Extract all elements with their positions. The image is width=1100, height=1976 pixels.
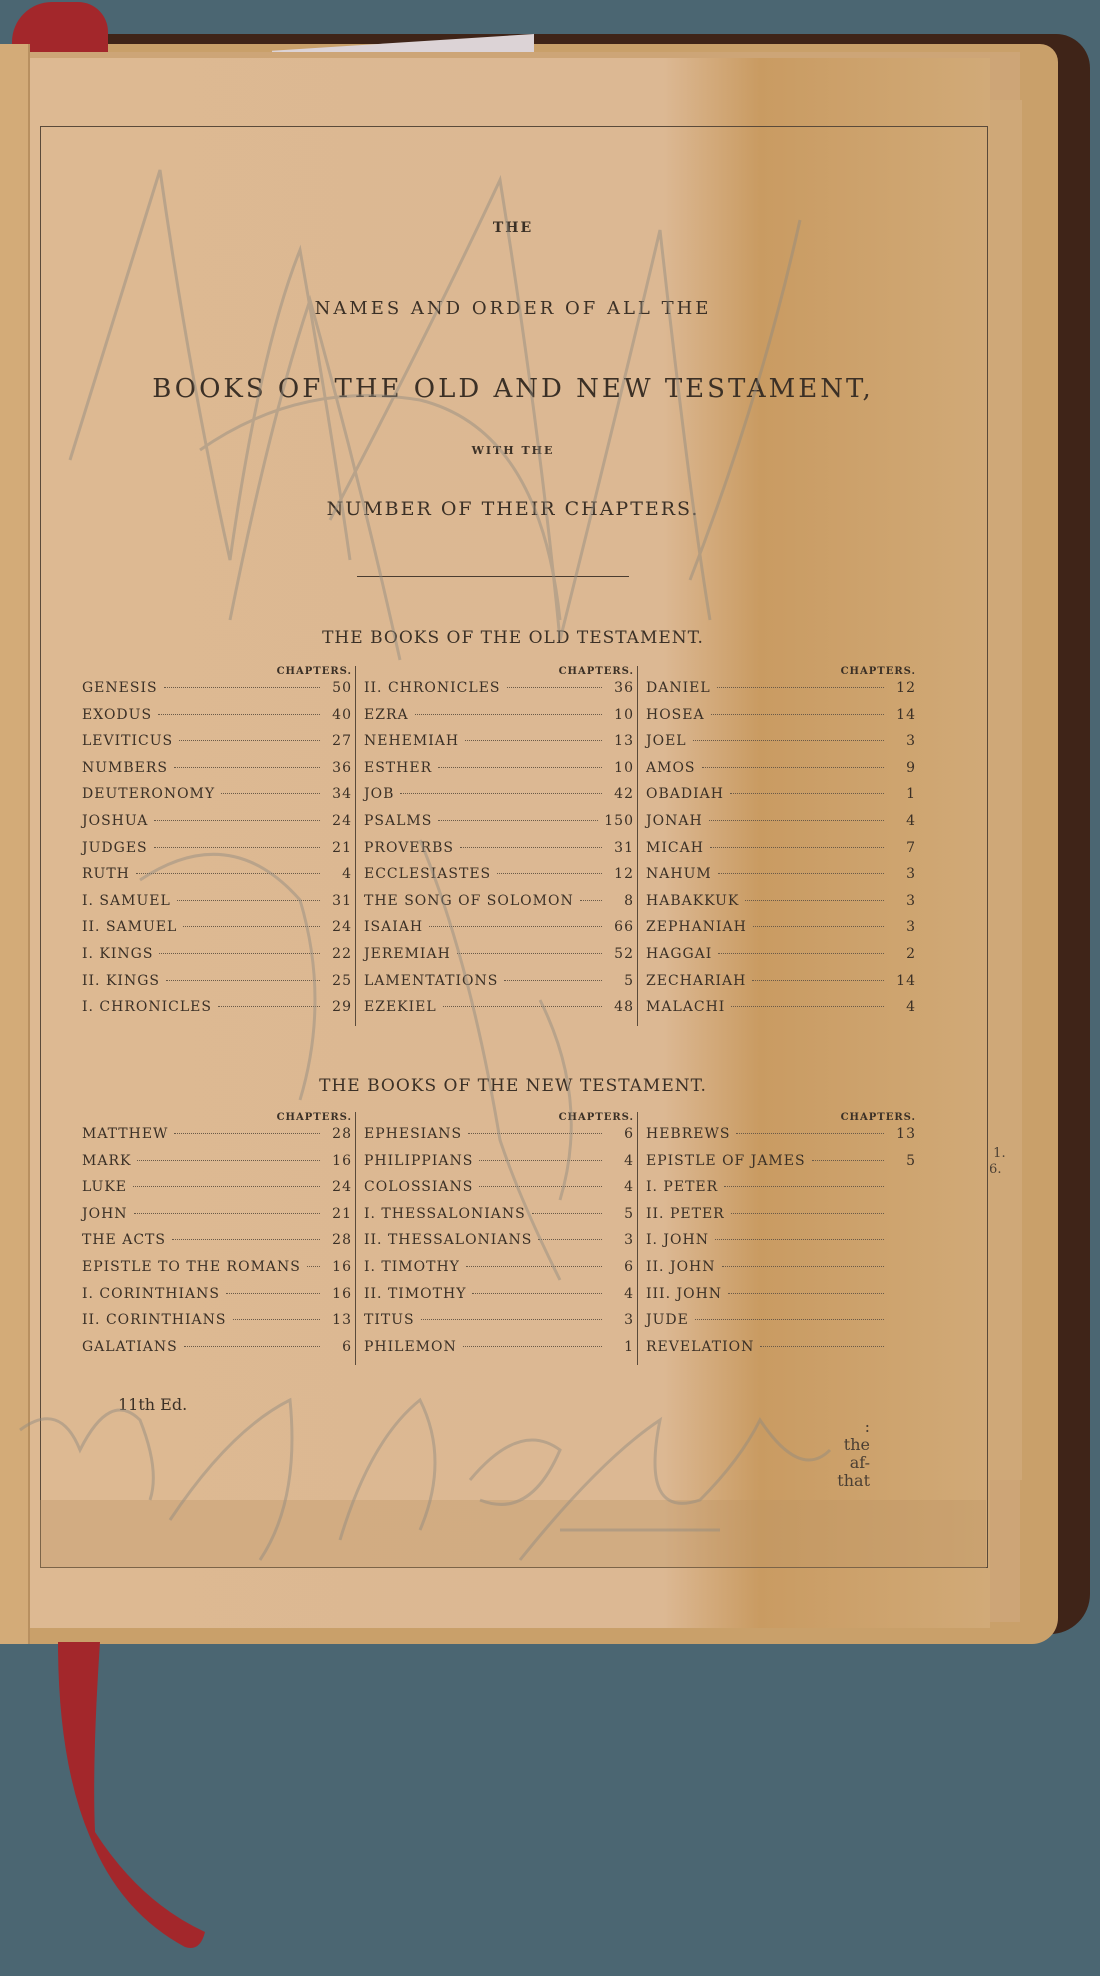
- title-the: THE: [40, 220, 986, 236]
- book-row: MARK16: [82, 1153, 352, 1180]
- book-row: TITUS3: [364, 1312, 634, 1339]
- chapter-count: 8: [608, 893, 634, 909]
- chapter-count: 21: [326, 1206, 352, 1222]
- book-row: JONAH4: [646, 813, 916, 840]
- leader-dots: [580, 900, 602, 901]
- ot-column-1: CHAPTERS. GENESIS50EXODUS40LEVITICUS27NU…: [82, 666, 352, 1026]
- chapter-count: 10: [608, 760, 634, 776]
- book-name: PHILEMON: [364, 1339, 457, 1355]
- book-row: JOHN21: [82, 1206, 352, 1233]
- book-row: EPISTLE TO THE ROMANS16: [82, 1259, 352, 1286]
- book-name: II. KINGS: [82, 973, 160, 989]
- fragment-line: :: [830, 1418, 870, 1436]
- leader-dots: [497, 873, 602, 874]
- book-row: HEBREWS13: [646, 1126, 916, 1153]
- chapter-count: 4: [326, 866, 352, 882]
- book-row: GALATIANS6: [82, 1339, 352, 1366]
- chapter-count: 12: [890, 680, 916, 696]
- book-row: AMOS9: [646, 760, 916, 787]
- leader-dots: [154, 820, 320, 821]
- leader-dots: [711, 714, 884, 715]
- book-row: II. THESSALONIANS3: [364, 1232, 634, 1259]
- book-row: I. THESSALONIANS5: [364, 1206, 634, 1233]
- chapters-label: CHAPTERS.: [646, 666, 916, 680]
- book-row: NUMBERS36: [82, 760, 352, 787]
- leader-dots: [760, 1346, 884, 1347]
- book-row: III. JOHN: [646, 1286, 916, 1313]
- book-name: II. PETER: [646, 1206, 725, 1222]
- book-name: I. JOHN: [646, 1232, 709, 1248]
- chapter-count: 16: [326, 1259, 352, 1275]
- book-name: MATTHEW: [82, 1126, 168, 1142]
- ribbon-bookmark-bottom: [0, 1642, 240, 1976]
- book-name: RUTH: [82, 866, 130, 882]
- leader-dots: [438, 767, 602, 768]
- leader-dots: [174, 767, 320, 768]
- chapter-count: 3: [890, 733, 916, 749]
- book-row: PHILEMON1: [364, 1339, 634, 1366]
- chapter-count: 10: [608, 707, 634, 723]
- leader-dots: [463, 1346, 602, 1347]
- book-name: MARK: [82, 1153, 131, 1169]
- book-row: JEREMIAH52: [364, 946, 634, 973]
- leader-dots: [752, 980, 884, 981]
- chapter-count: 28: [326, 1126, 352, 1142]
- fragment-line: the: [830, 1436, 870, 1454]
- leader-dots: [468, 1133, 602, 1134]
- leader-dots: [532, 1213, 602, 1214]
- book-name: JONAH: [646, 813, 703, 829]
- new-testament-heading: THE BOOKS OF THE NEW TESTAMENT.: [40, 1076, 986, 1096]
- book-name: JOSHUA: [82, 813, 148, 829]
- book-row: II. KINGS25: [82, 973, 352, 1000]
- book-name: THE ACTS: [82, 1232, 166, 1248]
- book-name: HAGGAI: [646, 946, 712, 962]
- leader-dots: [728, 1293, 884, 1294]
- chapter-count: 27: [326, 733, 352, 749]
- book-name: PHILIPPIANS: [364, 1153, 473, 1169]
- book-row: ISAIAH66: [364, 919, 634, 946]
- leader-dots: [457, 953, 602, 954]
- book-row: REVELATION: [646, 1339, 916, 1366]
- book-name: LEVITICUS: [82, 733, 173, 749]
- chapter-count: 52: [608, 946, 634, 962]
- book-row: I. PETER: [646, 1179, 916, 1206]
- book-name: AMOS: [646, 760, 696, 776]
- fragment-line: that: [830, 1472, 870, 1490]
- book-name: EXODUS: [82, 707, 152, 723]
- leader-dots: [812, 1160, 884, 1161]
- leader-dots: [507, 687, 603, 688]
- chapter-count: 5: [608, 973, 634, 989]
- book-name: JUDE: [646, 1312, 689, 1328]
- book-row: LAMENTATIONS5: [364, 973, 634, 1000]
- book-name: HOSEA: [646, 707, 705, 723]
- leader-dots: [221, 793, 320, 794]
- chapter-count: 3: [890, 919, 916, 935]
- book-name: OBADIAH: [646, 786, 724, 802]
- leader-dots: [438, 820, 598, 821]
- book-name: ECCLESIASTES: [364, 866, 491, 882]
- book-name: PSALMS: [364, 813, 432, 829]
- book-name: JOB: [364, 786, 394, 802]
- page-bottom-strip: [40, 1500, 986, 1568]
- leader-dots: [154, 847, 320, 848]
- leader-dots: [429, 926, 602, 927]
- book-name: EZRA: [364, 707, 409, 723]
- book-row: ZECHARIAH14: [646, 973, 916, 1000]
- book-name: II. CHRONICLES: [364, 680, 501, 696]
- chapter-count: 36: [326, 760, 352, 776]
- title-with-the: WITH THE: [40, 444, 986, 457]
- leader-dots: [184, 1346, 320, 1347]
- book-name: ISAIAH: [364, 919, 423, 935]
- chapter-count: 9: [890, 760, 916, 776]
- book-row: I. CHRONICLES29: [82, 999, 352, 1026]
- chapter-count: 50: [326, 680, 352, 696]
- book-name: REVELATION: [646, 1339, 754, 1355]
- book-name: III. JOHN: [646, 1286, 722, 1302]
- book-name: II. CORINTHIANS: [82, 1312, 227, 1328]
- book-row: MALACHI4: [646, 999, 916, 1026]
- book-row: PHILIPPIANS4: [364, 1153, 634, 1180]
- leader-dots: [718, 873, 884, 874]
- chapter-count: 1: [608, 1339, 634, 1355]
- book-name: JEREMIAH: [364, 946, 451, 962]
- leader-dots: [159, 953, 320, 954]
- leader-dots: [736, 1133, 884, 1134]
- nt-column-2: CHAPTERS. EPHESIANS6PHILIPPIANS4COLOSSIA…: [355, 1112, 634, 1365]
- book-row: PROVERBS31: [364, 840, 634, 867]
- leader-dots: [731, 1213, 884, 1214]
- nt-column-1: CHAPTERS. MATTHEW28MARK16LUKE24JOHN21THE…: [82, 1112, 352, 1365]
- leader-dots: [702, 767, 884, 768]
- chapter-count: 4: [890, 813, 916, 829]
- chapter-count: 150: [604, 813, 634, 829]
- chapters-label: CHAPTERS.: [364, 666, 634, 680]
- book-name: HABAKKUK: [646, 893, 739, 909]
- old-testament-heading: THE BOOKS OF THE OLD TESTAMENT.: [40, 628, 986, 648]
- chapters-label: CHAPTERS.: [646, 1112, 916, 1126]
- chapter-count: 22: [326, 946, 352, 962]
- chapter-count: 4: [890, 999, 916, 1015]
- chapter-count: 28: [326, 1232, 352, 1248]
- book-row: LEVITICUS27: [82, 733, 352, 760]
- book-row: I. TIMOTHY6: [364, 1259, 634, 1286]
- book-row: II. SAMUEL24: [82, 919, 352, 946]
- chapter-count: 5: [890, 1153, 916, 1169]
- chapter-count: 66: [608, 919, 634, 935]
- book-name: DEUTERONOMY: [82, 786, 215, 802]
- chapter-count: 13: [890, 1126, 916, 1142]
- book-row: JOB42: [364, 786, 634, 813]
- chapter-count: 14: [890, 973, 916, 989]
- book-name: TITUS: [364, 1312, 415, 1328]
- book-row: I. JOHN: [646, 1232, 916, 1259]
- book-name: JUDGES: [82, 840, 148, 856]
- leader-dots: [421, 1319, 602, 1320]
- book-row: LUKE24: [82, 1179, 352, 1206]
- book-name: II. THESSALONIANS: [364, 1232, 532, 1248]
- book-row: ECCLESIASTES12: [364, 866, 634, 893]
- title-rule: [357, 576, 629, 577]
- leader-dots: [730, 793, 884, 794]
- book-row: JUDE: [646, 1312, 916, 1339]
- book-row: I. KINGS22: [82, 946, 352, 973]
- book-name: NUMBERS: [82, 760, 168, 776]
- book-row: NEHEMIAH13: [364, 733, 634, 760]
- leader-dots: [745, 900, 884, 901]
- leader-dots: [226, 1293, 320, 1294]
- chapter-count: 24: [326, 813, 352, 829]
- book-row: EZRA10: [364, 707, 634, 734]
- leader-dots: [722, 1266, 884, 1267]
- chapter-count: 34: [326, 786, 352, 802]
- leader-dots: [718, 953, 884, 954]
- leader-dots: [753, 926, 884, 927]
- book-name: EZEKIEL: [364, 999, 437, 1015]
- book-row: EXODUS40: [82, 707, 352, 734]
- chapter-count: 24: [326, 919, 352, 935]
- title-names-and-order: NAMES AND ORDER OF ALL THE: [40, 298, 986, 319]
- leader-dots: [465, 740, 602, 741]
- book-row: DEUTERONOMY34: [82, 786, 352, 813]
- leader-dots: [218, 1006, 320, 1007]
- book-name: EPHESIANS: [364, 1126, 462, 1142]
- leader-dots: [709, 820, 884, 821]
- chapter-count: 3: [608, 1232, 634, 1248]
- book-name: I. SAMUEL: [82, 893, 171, 909]
- leader-dots: [724, 1186, 884, 1187]
- book-name: EPISTLE OF JAMES: [646, 1153, 806, 1169]
- book-row: JUDGES21: [82, 840, 352, 867]
- title-number-of-chapters: NUMBER OF THEIR CHAPTERS.: [40, 498, 986, 520]
- book-name: EPISTLE TO THE ROMANS: [82, 1259, 301, 1275]
- leader-dots: [166, 980, 320, 981]
- chapter-count: 29: [326, 999, 352, 1015]
- leader-dots: [715, 1239, 884, 1240]
- leader-dots: [158, 714, 320, 715]
- book-row: I. SAMUEL31: [82, 893, 352, 920]
- book-row: THE SONG OF SOLOMON8: [364, 893, 634, 920]
- chapter-count: 40: [326, 707, 352, 723]
- book-name: I. TIMOTHY: [364, 1259, 460, 1275]
- book-row: OBADIAH1: [646, 786, 916, 813]
- book-row: I. CORINTHIANS16: [82, 1286, 352, 1313]
- leader-dots: [174, 1133, 320, 1134]
- book-row: GENESIS50: [82, 680, 352, 707]
- chapter-count: 42: [608, 786, 634, 802]
- book-row: JOEL3: [646, 733, 916, 760]
- chapter-count: 14: [890, 707, 916, 723]
- book-name: I. PETER: [646, 1179, 718, 1195]
- chapters-label: CHAPTERS.: [364, 1112, 634, 1126]
- book-name: LUKE: [82, 1179, 127, 1195]
- leader-dots: [136, 873, 320, 874]
- chapters-label: CHAPTERS.: [82, 1112, 352, 1126]
- chapter-count: 24: [326, 1179, 352, 1195]
- chapter-count: 12: [608, 866, 634, 882]
- book-name: ZECHARIAH: [646, 973, 746, 989]
- book-row: ZEPHANIAH3: [646, 919, 916, 946]
- chapter-count: 6: [326, 1339, 352, 1355]
- chapter-count: 3: [890, 866, 916, 882]
- chapter-count: 16: [326, 1286, 352, 1302]
- leader-dots: [717, 687, 884, 688]
- book-row: EZEKIEL48: [364, 999, 634, 1026]
- leader-dots: [693, 740, 884, 741]
- book-row: II. TIMOTHY4: [364, 1286, 634, 1313]
- book-row: RUTH4: [82, 866, 352, 893]
- book-row: PSALMS150: [364, 813, 634, 840]
- chapter-count: 13: [326, 1312, 352, 1328]
- book-name: PROVERBS: [364, 840, 454, 856]
- book-row: HAGGAI2: [646, 946, 916, 973]
- chapter-count: 4: [608, 1179, 634, 1195]
- chapters-label: CHAPTERS.: [82, 666, 352, 680]
- leader-dots: [479, 1186, 602, 1187]
- book-row: EPISTLE OF JAMES5: [646, 1153, 916, 1180]
- leader-dots: [415, 714, 602, 715]
- leader-dots: [538, 1239, 602, 1240]
- leader-dots: [466, 1266, 602, 1267]
- chapter-count: 31: [326, 893, 352, 909]
- book-name: GENESIS: [82, 680, 158, 696]
- book-row: HOSEA14: [646, 707, 916, 734]
- book-name: NEHEMIAH: [364, 733, 459, 749]
- book-name: ESTHER: [364, 760, 432, 776]
- leader-dots: [164, 687, 320, 688]
- chapter-count: 16: [326, 1153, 352, 1169]
- title-books: BOOKS OF THE OLD AND NEW TESTAMENT,: [40, 374, 986, 404]
- book-name: MICAH: [646, 840, 704, 856]
- chapter-count: 21: [326, 840, 352, 856]
- leader-dots: [172, 1239, 320, 1240]
- book-row: II. JOHN: [646, 1259, 916, 1286]
- leader-dots: [183, 926, 320, 927]
- book-name: I. CHRONICLES: [82, 999, 212, 1015]
- leader-dots: [460, 847, 602, 848]
- leader-dots: [133, 1186, 320, 1187]
- book-row: II. CORINTHIANS13: [82, 1312, 352, 1339]
- leader-dots: [479, 1160, 602, 1161]
- leader-dots: [307, 1266, 320, 1267]
- chapter-count: 2: [890, 946, 916, 962]
- book-row: THE ACTS28: [82, 1232, 352, 1259]
- leader-dots: [137, 1160, 320, 1161]
- leader-dots: [400, 793, 602, 794]
- chapter-count: 31: [608, 840, 634, 856]
- leader-dots: [179, 740, 320, 741]
- book-row: HABAKKUK3: [646, 893, 916, 920]
- fragment-bottom-right: : the af- that: [830, 1418, 870, 1490]
- ot-column-3: CHAPTERS. DANIEL12HOSEA14JOEL3AMOS9OBADI…: [637, 666, 916, 1026]
- leader-dots: [710, 847, 884, 848]
- book-row: MICAH7: [646, 840, 916, 867]
- leader-dots: [472, 1293, 602, 1294]
- book-name: I. THESSALONIANS: [364, 1206, 526, 1222]
- ot-column-2: CHAPTERS. II. CHRONICLES36EZRA10NEHEMIAH…: [355, 666, 634, 1026]
- leader-dots: [177, 900, 320, 901]
- book-row: II. CHRONICLES36: [364, 680, 634, 707]
- leader-dots: [504, 980, 602, 981]
- book-name: II. SAMUEL: [82, 919, 177, 935]
- book-name: COLOSSIANS: [364, 1179, 473, 1195]
- book-row: NAHUM3: [646, 866, 916, 893]
- book-name: I. CORINTHIANS: [82, 1286, 220, 1302]
- book-name: I. KINGS: [82, 946, 153, 962]
- fragment-line: af-: [830, 1454, 870, 1472]
- chapter-count: 1: [890, 786, 916, 802]
- book-row: II. PETER: [646, 1206, 916, 1233]
- book-row: MATTHEW28: [82, 1126, 352, 1153]
- chapter-count: 13: [608, 733, 634, 749]
- chapter-count: 25: [326, 973, 352, 989]
- leader-dots: [134, 1213, 320, 1214]
- nt-column-3: CHAPTERS. HEBREWS13EPISTLE OF JAMES5I. P…: [637, 1112, 916, 1365]
- book-name: ZEPHANIAH: [646, 919, 747, 935]
- leader-dots: [233, 1319, 321, 1320]
- book-name: II. TIMOTHY: [364, 1286, 466, 1302]
- book-name: MALACHI: [646, 999, 725, 1015]
- leader-dots: [695, 1319, 884, 1320]
- leader-dots: [443, 1006, 602, 1007]
- book-name: NAHUM: [646, 866, 712, 882]
- chapter-count: 3: [890, 893, 916, 909]
- book-row: ESTHER10: [364, 760, 634, 787]
- book-name: II. JOHN: [646, 1259, 716, 1275]
- chapter-count: 7: [890, 840, 916, 856]
- chapter-count: 4: [608, 1153, 634, 1169]
- book-row: EPHESIANS6: [364, 1126, 634, 1153]
- book-row: JOSHUA24: [82, 813, 352, 840]
- left-page-edge: [0, 44, 30, 1644]
- book-row: COLOSSIANS4: [364, 1179, 634, 1206]
- chapter-count: 6: [608, 1259, 634, 1275]
- book-name: HEBREWS: [646, 1126, 730, 1142]
- chapter-count: 3: [608, 1312, 634, 1328]
- book-row: DANIEL12: [646, 680, 916, 707]
- chapter-count: 6: [608, 1126, 634, 1142]
- book-name: LAMENTATIONS: [364, 973, 498, 989]
- chapter-count: 36: [608, 680, 634, 696]
- chapter-count: 48: [608, 999, 634, 1015]
- book-name: JOEL: [646, 733, 687, 749]
- book-name: THE SONG OF SOLOMON: [364, 893, 574, 909]
- book-name: JOHN: [82, 1206, 128, 1222]
- chapter-count: 4: [608, 1286, 634, 1302]
- edition-note: 11th Ed.: [118, 1395, 187, 1414]
- book-name: DANIEL: [646, 680, 711, 696]
- book-name: GALATIANS: [82, 1339, 178, 1355]
- chapter-count: 5: [608, 1206, 634, 1222]
- leader-dots: [731, 1006, 884, 1007]
